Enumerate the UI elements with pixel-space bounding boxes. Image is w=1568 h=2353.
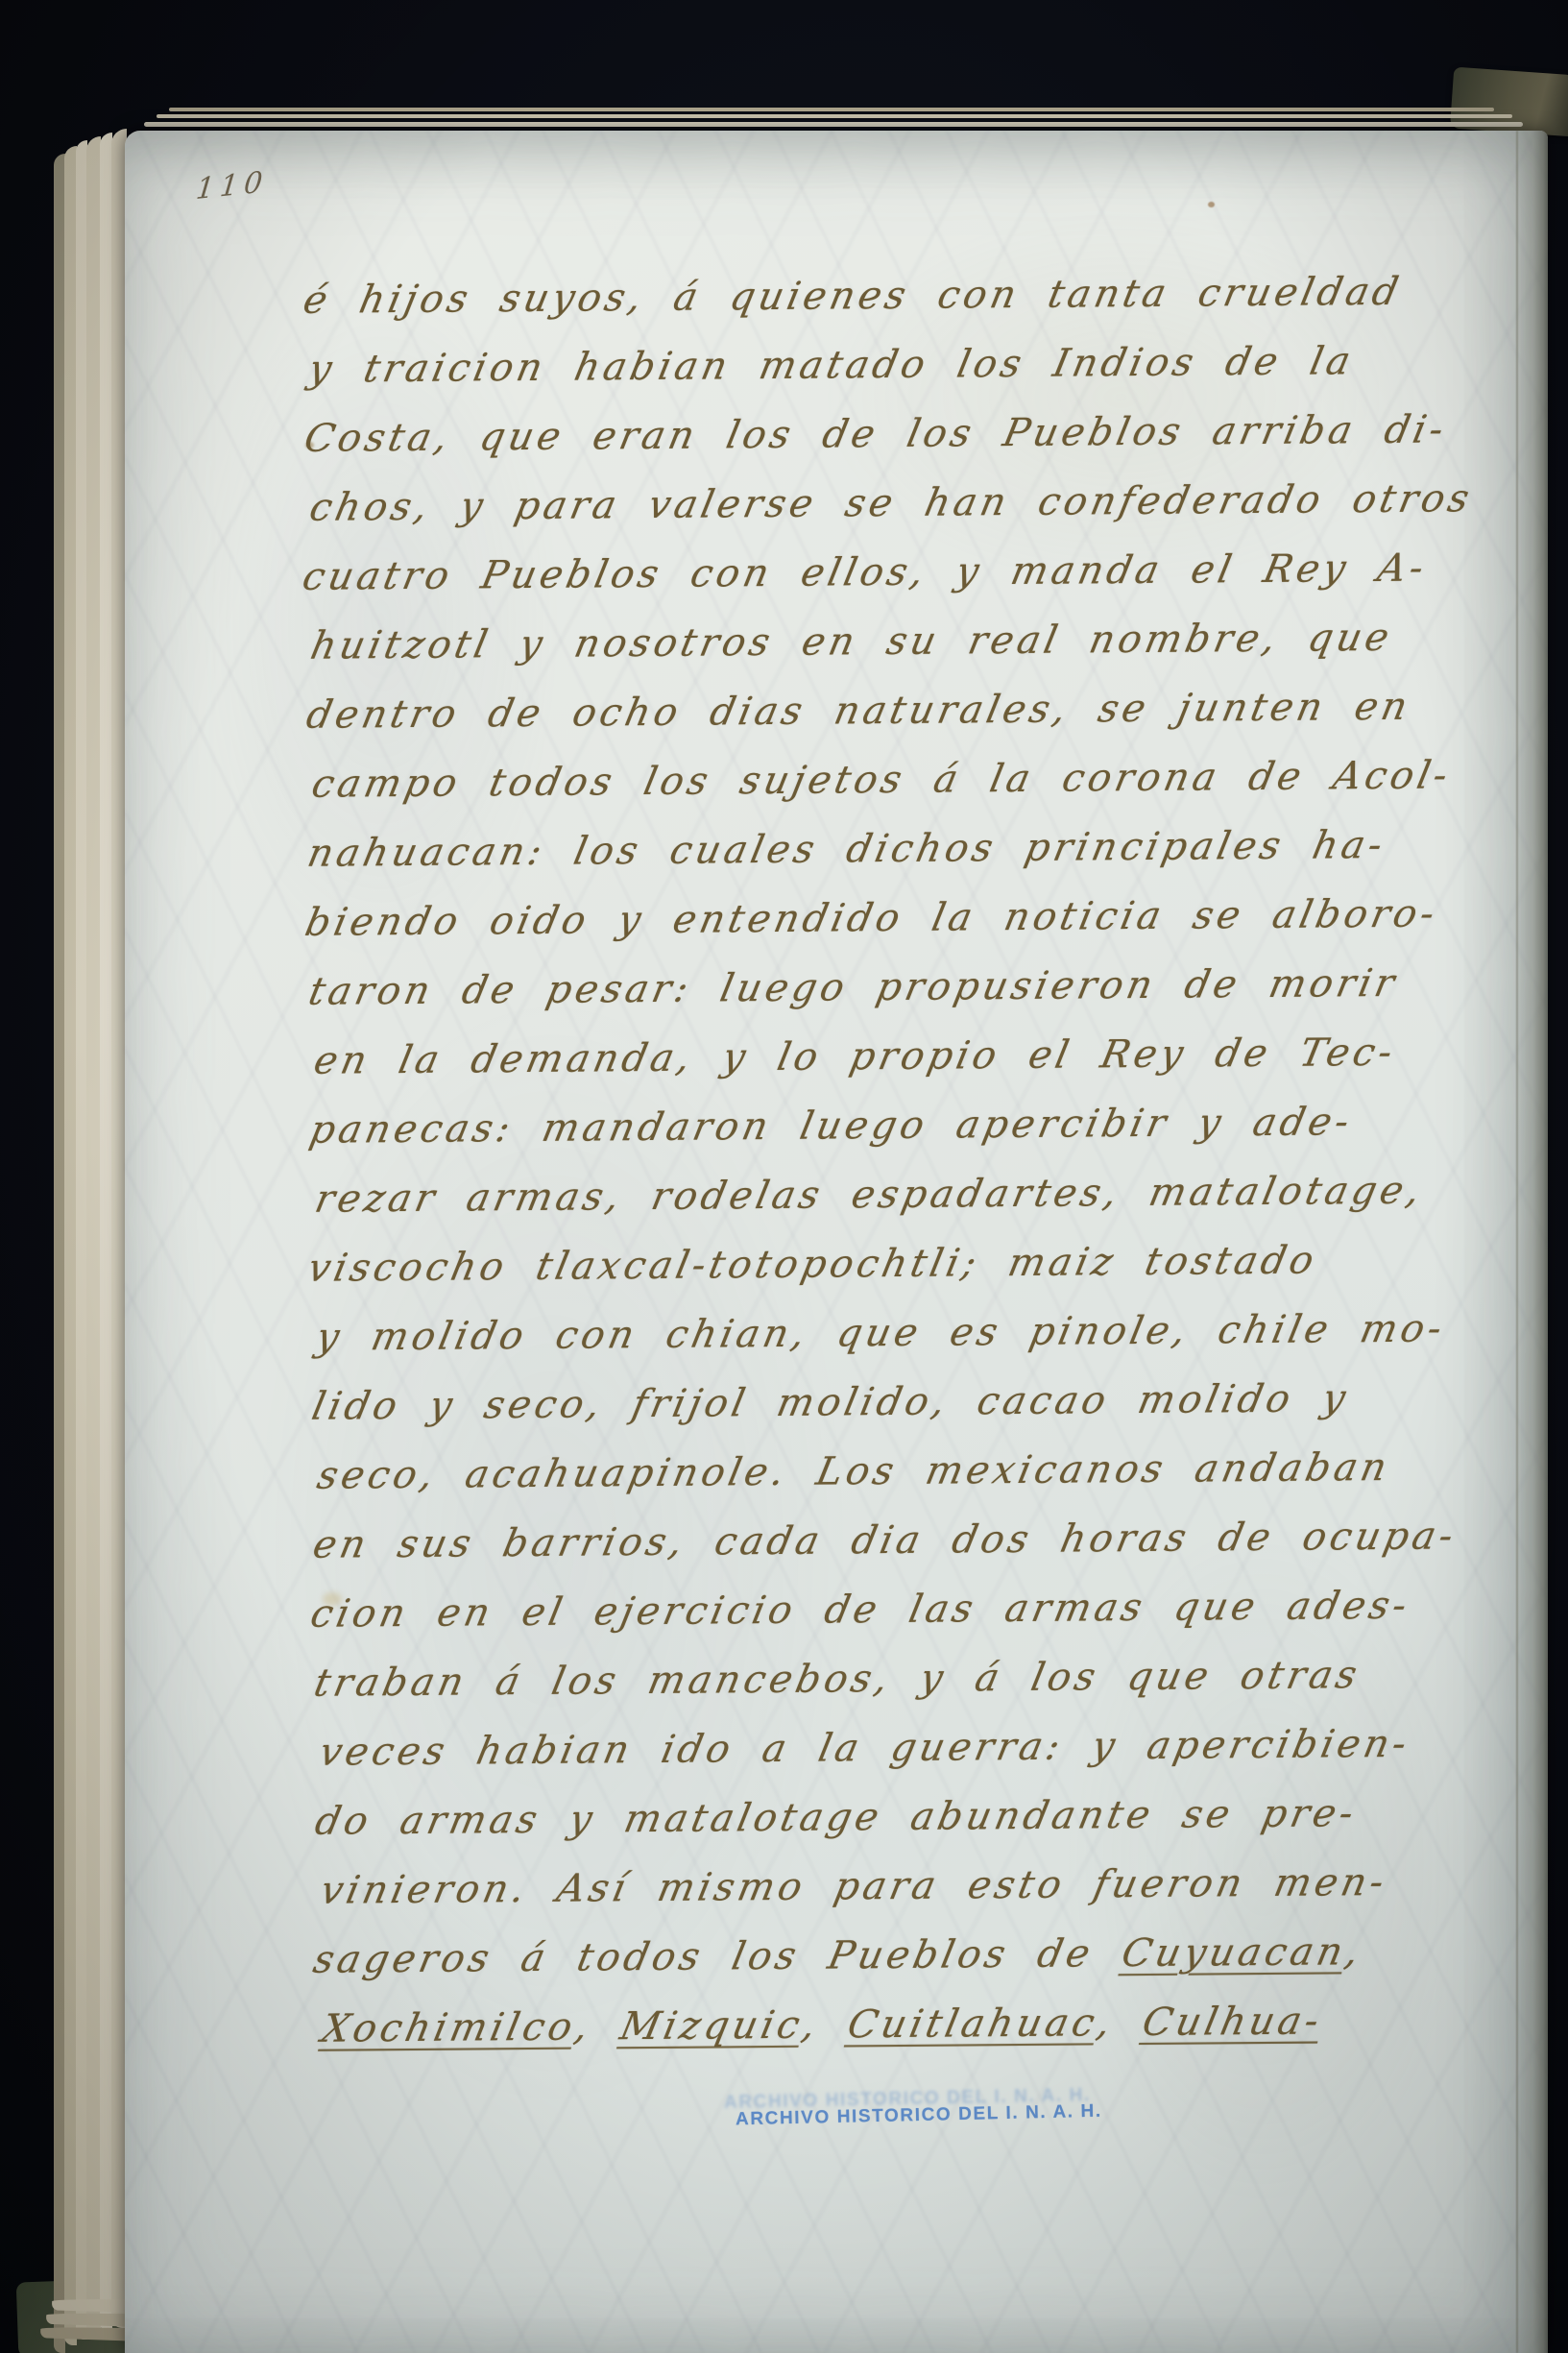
- manuscript-lines: é hijos suyos, á quienes con tanta cruel…: [297, 256, 1492, 2064]
- manuscript-line: viscocho tlaxcal-totopochtli; maiz tosta…: [302, 1225, 1500, 1303]
- handwriting-segment: panecas: mandaron luego apercibir y ade-: [306, 1100, 1357, 1152]
- handwriting-segment: seco, acahuapinole. Los mexicanos andaba…: [314, 1445, 1395, 1498]
- underlined-place-name: Culhua-: [1139, 1999, 1326, 2045]
- manuscript-photo: 110 é hijos suyos, á quienes con tanta c…: [0, 0, 1568, 2353]
- manuscript-line: chos, y para valerse se han confederado …: [303, 464, 1494, 543]
- handwriting-segment: campo todos los sujetos á la corona de A…: [308, 753, 1456, 806]
- handwriting-segment: Costa, que eran los de los Pueblos arrib…: [301, 407, 1451, 460]
- underlined-place-name: Mizquic: [616, 2003, 808, 2050]
- manuscript-line: do armas y matalotage abundante se pre-: [309, 1778, 1505, 1856]
- manuscript-line: Xochimilco, Mizquic, Cuitlahuac, Culhua-: [315, 1985, 1506, 2064]
- handwriting-segment: traban á los mancebos, y á los que otras: [310, 1653, 1364, 1706]
- handwriting-segment: lido y seco, frijol molido, cacao molido…: [308, 1376, 1353, 1429]
- manuscript-line: sageros á todos los Pueblos de Cuyuacan,: [307, 1916, 1506, 1995]
- underlined-place-name: Cuyuacan: [1118, 1929, 1350, 1976]
- handwriting-segment: dentro de ocho dias naturales, se junten…: [302, 685, 1414, 738]
- page-number: 110: [194, 165, 270, 206]
- manuscript-line: cuatro Pueblos con ellos, y manda el Rey…: [296, 533, 1494, 612]
- page-edge-stack: [86, 136, 101, 2336]
- handwriting-segment: viscocho tlaxcal-totopochtli; maiz tosta…: [304, 1239, 1321, 1291]
- manuscript-line: huitzotl y nosotros en su real nombre, q…: [304, 602, 1495, 681]
- handwriting-segment: sageros á todos los Pueblos de: [309, 1931, 1126, 1982]
- manuscript-line: Costa, que eran los de los Pueblos arrib…: [298, 395, 1493, 473]
- manuscript-line: nahuacan: los cuales dichos principales …: [302, 810, 1497, 888]
- manuscript-line: panecas: mandaron luego apercibir y ade-: [303, 1086, 1499, 1165]
- manuscript-line: biendo oido y entendido la noticia se al…: [299, 879, 1497, 958]
- sheet-top-edge: [144, 122, 1523, 127]
- manuscript-line: dentro de ocho dias naturales, se junten…: [301, 671, 1496, 750]
- underlined-place-name: Xochimilco: [318, 2005, 580, 2051]
- manuscript-line: traban á los mancebos, y á los que otras: [308, 1639, 1504, 1718]
- page-fold-shadow: [1515, 131, 1548, 2353]
- manuscript-line: vinieron. Así mismo para esto fueron men…: [314, 1847, 1505, 1926]
- manuscript-line: y traicion habian matado los Indios de l…: [302, 326, 1493, 404]
- handwriting-segment: y molido con chian, que es pinole, chile…: [312, 1306, 1449, 1359]
- manuscript-line: seco, acahuapinole. Los mexicanos andaba…: [311, 1432, 1502, 1511]
- handwriting-segment: cion en el ejercicio de las armas que ad…: [307, 1584, 1414, 1637]
- handwriting-segment: é hijos suyos, á quienes con tanta cruel…: [300, 270, 1406, 323]
- handwriting-segment: en la demanda, y lo propio el Rey de Tec…: [310, 1031, 1400, 1083]
- handwriting-segment: huitzotl y nosotros en su real nombre, q…: [307, 616, 1397, 668]
- manuscript-line: veces habian ido a la guerra: y apercibi…: [313, 1709, 1504, 1787]
- manuscript-line: campo todos los sujetos á la corona de A…: [305, 740, 1496, 819]
- handwriting-segment: en sus barrios, cada dia dos horas de oc…: [309, 1514, 1460, 1566]
- handwriting-segment: cuatro Pueblos con ellos, y manda el Rey…: [299, 546, 1431, 599]
- handwriting-segment: chos, y para valerse se han confederado …: [306, 476, 1477, 530]
- manuscript-line: y molido con chian, que es pinole, chile…: [310, 1294, 1501, 1372]
- paper-stain: [1208, 202, 1215, 207]
- manuscript-line: é hijos suyos, á quienes con tanta cruel…: [297, 256, 1492, 335]
- manuscript-line: lido y seco, frijol molido, cacao molido…: [305, 1363, 1501, 1442]
- underlined-place-name: Cuitlahuac: [844, 2001, 1102, 2047]
- handwriting-segment: do armas y matalotage abundante se pre-: [311, 1791, 1361, 1844]
- handwriting-segment: y traicion habian matado los Indios de l…: [304, 339, 1358, 392]
- handwriting-segment: taron de pesar: luego propusieron de mor…: [305, 961, 1402, 1014]
- manuscript-line: en la demanda, y lo propio el Rey de Tec…: [307, 1017, 1498, 1096]
- manuscript-line: taron de pesar: luego propusieron de mor…: [302, 948, 1498, 1027]
- handwriting-segment: rezar armas, rodelas espadartes, matalot…: [311, 1169, 1427, 1222]
- manuscript-line: en sus barrios, cada dia dos horas de oc…: [306, 1501, 1502, 1580]
- sheet-top-edge: [169, 108, 1494, 111]
- handwriting-segment: veces habian ido a la guerra: y apercibi…: [316, 1722, 1414, 1775]
- manuscript-line: cion en el ejercicio de las armas que ad…: [304, 1570, 1503, 1649]
- handwriting-segment: biendo oido y entendido la noticia se al…: [302, 892, 1442, 945]
- manuscript-line: rezar armas, rodelas espadartes, matalot…: [309, 1155, 1500, 1234]
- book-page: 110 é hijos suyos, á quienes con tanta c…: [125, 131, 1548, 2353]
- sheet-top-edge: [157, 114, 1512, 118]
- handwriting-segment: nahuacan: los cuales dichos principales …: [303, 823, 1389, 876]
- handwriting-segment: vinieron. Así mismo para esto fueron men…: [317, 1860, 1391, 1913]
